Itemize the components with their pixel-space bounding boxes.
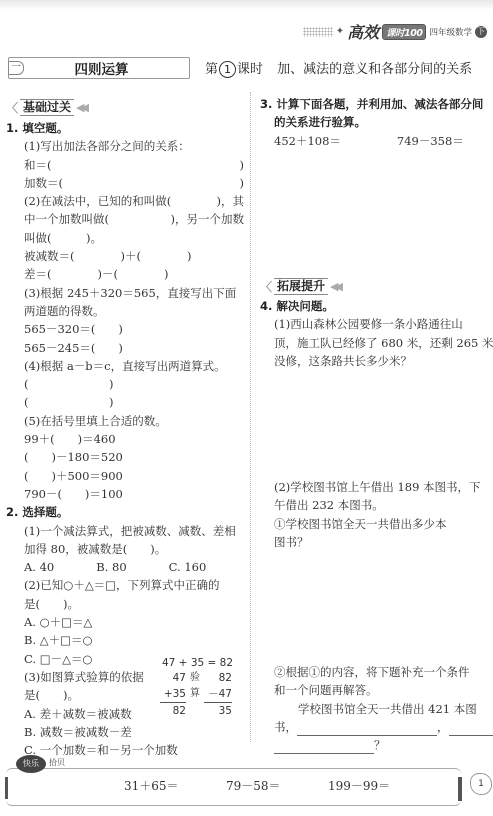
q1-part5-l1: (5)在括号里填上合适的数。: [6, 412, 244, 430]
brand-name: 高效: [347, 20, 379, 43]
q1-part5-a: 99＋( )＝460: [6, 430, 244, 448]
q4-part1-l2: 顶，施工队已经修了 680 米，还剩 265 米: [260, 334, 492, 352]
q1-addend-line: 加数＝(): [6, 174, 244, 192]
verify-label: 算: [186, 686, 204, 702]
q4-part1-l3: 没修，这条路共长多少米？: [260, 352, 492, 370]
q2-part2-l2: 是( )。: [6, 595, 244, 613]
q1-part3-l1: (3)根据 245＋320＝565，直接写出下面: [6, 284, 244, 302]
right-column-q4: 4. 解决问题。 (1)西山森林公园要修一条小路通往山 顶，施工队已经修了 68…: [260, 297, 492, 370]
section-badge-basic: 〈 基础过关 ◀◀: [6, 99, 85, 116]
q2-part1-options: A. 40 B. 80 C. 160: [6, 558, 244, 576]
q4-sub1-l1: ①学校图书馆全天一共借出多少本: [260, 515, 492, 533]
q1-part3-l2: 两道题的得数。: [6, 302, 244, 320]
right-bar: [458, 777, 462, 801]
option-a: A. ○＋□＝△: [6, 613, 244, 631]
dot-pattern: [303, 27, 333, 37]
sum: 82: [160, 702, 186, 719]
q2-part2-l1: (2)已知○＋△＝□，下列算式中正确的: [6, 576, 244, 594]
minuend: 82: [204, 670, 232, 686]
runner-logo-icon: ✦: [336, 26, 344, 37]
q4-part2-l2: 午借出 232 本图书。: [260, 496, 492, 514]
footer-tag: 拾贝: [49, 757, 68, 768]
q1-part5-b: ( )－180＝520: [6, 448, 244, 466]
q4-part2-l1: (2)学校图书馆上午借出 189 本图书，下: [260, 478, 492, 496]
mental-math-3: 199－99＝: [328, 777, 390, 794]
page-top-shade: [0, 0, 493, 10]
right-column-q4-2: (2)学校图书馆上午借出 189 本图书，下 午借出 232 本图书。 ①学校图…: [260, 478, 492, 551]
question-3-title-l2: 的关系进行验算。: [260, 113, 490, 131]
question-blank-cont[interactable]: [274, 739, 374, 754]
right-column-q4-3: ②根据①的内容，将下题补充一个条件 和一个问题再解答。 学校图书馆全天一共借出 …: [260, 663, 492, 754]
speech-bubble-icon: 快乐: [16, 755, 46, 773]
question-3-title: 3. 计算下面各题，并利用加、减法各部分间: [260, 95, 490, 113]
q4-sub2-blanks: 书，，: [260, 718, 492, 736]
lesson-suffix: 课时: [237, 62, 263, 77]
expression-1: 452＋108＝: [274, 132, 341, 150]
section-badge-extend: 〈 拓展提升 ◀◀: [260, 278, 339, 295]
q1-part2-l3: 叫做( )。: [6, 229, 244, 247]
chevron-left-icon: 〈: [6, 99, 18, 116]
lesson-topic: 加、减法的意义和各部分间的关系: [277, 62, 472, 77]
q1-part2-l1: (2)在减法中，已知的和叫做()，其: [6, 192, 244, 210]
q4-sub2-l1: ②根据①的内容，将下题补充一个条件: [260, 663, 492, 681]
question-2-title: 2. 选择题。: [6, 503, 244, 521]
verification-diagram: 47 + 35 = 82 47 验 82 +35 算 －47 82 35: [160, 657, 235, 719]
lesson-prefix: 第: [205, 62, 218, 77]
column-divider: [250, 92, 251, 742]
lesson-number: 1: [219, 61, 236, 78]
q1-part2-l4: 被减数＝( )＋( ): [6, 247, 244, 265]
q3-expressions: 452＋108＝ 749－358＝: [260, 132, 490, 150]
q4-part1-l1: (1)西山森林公园要修一条小路通往山: [260, 315, 492, 333]
chevron-left-icon: 〈: [260, 278, 272, 295]
section-label: 拓展提升: [274, 278, 328, 295]
question-4-title: 4. 解决问题。: [260, 297, 492, 315]
q4-sub2-l3: 学校图书馆全天一共借出 421 本图: [260, 700, 492, 718]
footer-exercise-box: 快乐 拾贝 31＋65＝ 79－58＝ 199－99＝: [6, 768, 461, 806]
q1-part4-l1: (4)根据 a－b＝c，直接写出两道算式。: [6, 357, 244, 375]
q1-part1: (1)写出加法各部分之间的关系：: [6, 137, 244, 155]
q1-part2-l2: 中一个加数叫做()，另一个加数: [6, 210, 244, 228]
page-number: 1: [470, 773, 492, 795]
q1-part3-b: 565－245＝( ): [6, 339, 244, 357]
grade-label: 四年级数学: [429, 26, 472, 38]
verify-label: 验: [186, 670, 204, 686]
q1-part4-a: ( ): [6, 375, 244, 393]
q1-part4-b: ( ): [6, 393, 244, 411]
q1-sum-line: 和＝(): [6, 156, 244, 174]
left-bar: [5, 777, 8, 799]
q2-part1-l2: 加得 80，被减数是( )。: [6, 540, 244, 558]
option-a: A. 40: [24, 558, 54, 576]
mental-math-2: 79－58＝: [226, 777, 281, 794]
question-1-title: 1. 填空题。: [6, 119, 244, 137]
q2-part1-l1: (1)一个减法算式，把被减数、减数、差相: [6, 522, 244, 540]
q1-part2-l5: 差＝( )－( ): [6, 265, 244, 283]
double-chevron-icon: ◀◀: [76, 101, 85, 114]
addend-b: +35: [160, 686, 186, 702]
unit-number: 一: [8, 61, 24, 75]
option-b: B. 80: [96, 558, 126, 576]
option-b: B. △＋□＝○: [6, 631, 244, 649]
lesson-title: 第1课时 加、减法的意义和各部分间的关系: [205, 58, 472, 78]
section-label: 基础过关: [20, 99, 74, 116]
addend-a: 47: [160, 670, 186, 686]
mental-math-1: 31＋65＝: [124, 777, 179, 794]
q4-sub2-l2: 和一个问题再解答。: [260, 681, 492, 699]
difference: 35: [204, 702, 232, 719]
expression-2: 749－358＝: [397, 132, 464, 150]
q4-sub1-l2: 图书？: [260, 533, 492, 551]
verify-equation: 47 + 35 = 82: [160, 657, 235, 669]
q1-part5-d: 790－( )＝100: [6, 485, 244, 503]
unit-title: 四则运算: [24, 58, 189, 78]
option-b: B. 减数＝被减数－差: [6, 723, 244, 741]
option-c: C. 160: [169, 558, 207, 576]
q1-part5-c: ( )＋500＝900: [6, 467, 244, 485]
subtrahend: －47: [204, 686, 232, 702]
option-c: C. 一个加数＝和－另一个加数: [6, 741, 244, 759]
q4-sub2-blank-l5: ？: [260, 736, 492, 754]
volume-badge: 下: [475, 26, 487, 38]
unit-title-box: 一 四则运算: [8, 57, 190, 79]
right-column-top: 3. 计算下面各题，并利用加、减法各部分间 的关系进行验算。 452＋108＝ …: [260, 95, 490, 150]
q1-part3-a: 565－320＝( ): [6, 320, 244, 338]
condition-blank[interactable]: [297, 721, 437, 736]
brand-series: 课时100: [382, 24, 426, 40]
question-blank[interactable]: [449, 721, 493, 736]
double-chevron-icon: ◀◀: [330, 280, 339, 293]
brand-header: ✦ 高效 课时100 四年级数学 下: [303, 20, 487, 43]
